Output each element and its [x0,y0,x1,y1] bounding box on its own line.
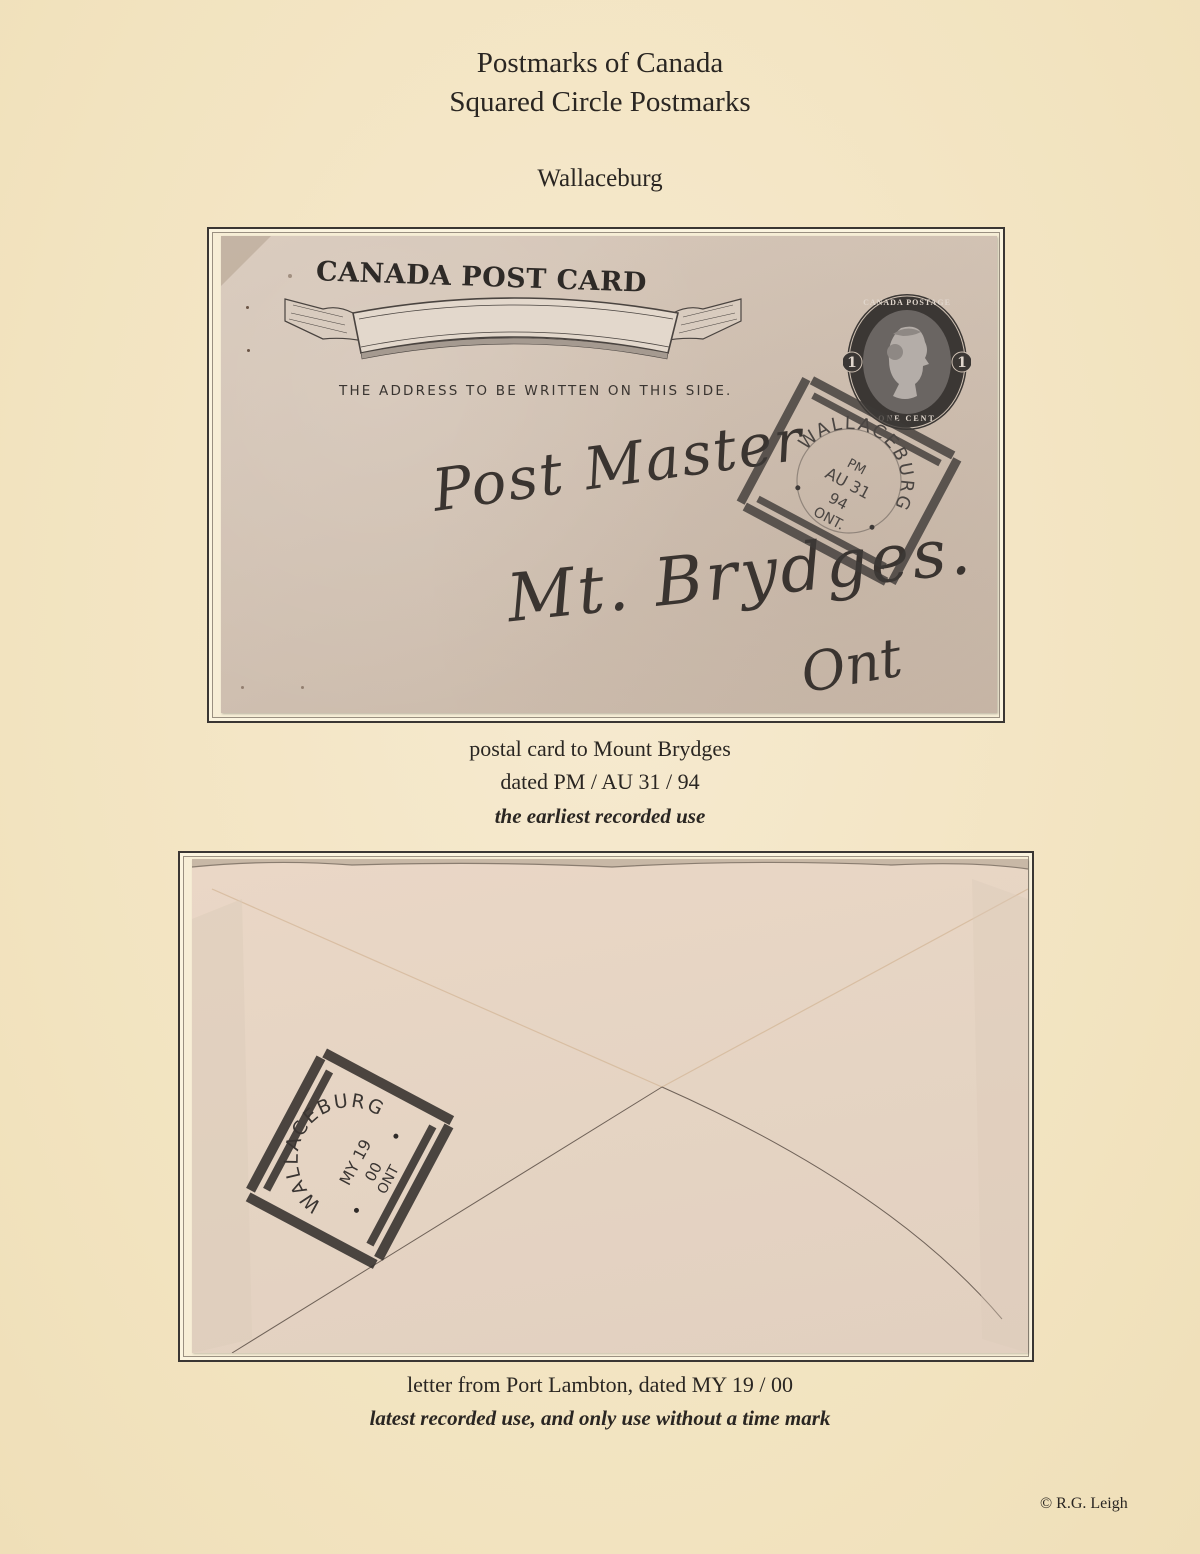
svg-text:1: 1 [847,355,857,371]
foxing-spot [241,686,244,689]
foxing-spot [247,349,250,352]
envelope-back-image: WALLACEBURG MY 19 00 ONT [192,859,1028,1353]
stamp-top-label: CANADA POSTAGE [843,298,971,307]
postal-card-mount: CANADA POST CARD THE ADDRESS TO BE WRITT… [207,227,1005,723]
copyright-notice: © R.G. Leigh [1040,1495,1128,1513]
page-subtitle: Wallaceburg [0,162,1200,196]
canada-post-card-banner [283,291,743,376]
postal-card-image: CANADA POST CARD THE ADDRESS TO BE WRITT… [221,236,997,713]
caption-card-description: postal card to Mount Brydges [0,734,1200,764]
foxing-spot [288,274,292,278]
page-title-line1: Postmarks of Canada [0,46,1200,80]
address-line-3: Ont [796,626,906,706]
caption-envelope-description: letter from Port Lambton, dated MY 19 / … [0,1370,1200,1400]
caption-card-note: the earliest recorded use [0,801,1200,831]
caption-envelope-note: latest recorded use, and only use withou… [0,1403,1200,1433]
card-instruction-text: THE ADDRESS TO BE WRITTEN ON THIS SIDE. [339,383,733,399]
foxing-spot [246,306,249,309]
card-corner-mount [221,236,271,286]
page-title-line2: Squared Circle Postmarks [0,85,1200,119]
caption-card-date: dated PM / AU 31 / 94 [0,767,1200,797]
svg-text:1: 1 [957,355,967,371]
foxing-spot [301,686,304,689]
envelope-mount: WALLACEBURG MY 19 00 ONT [178,851,1034,1362]
